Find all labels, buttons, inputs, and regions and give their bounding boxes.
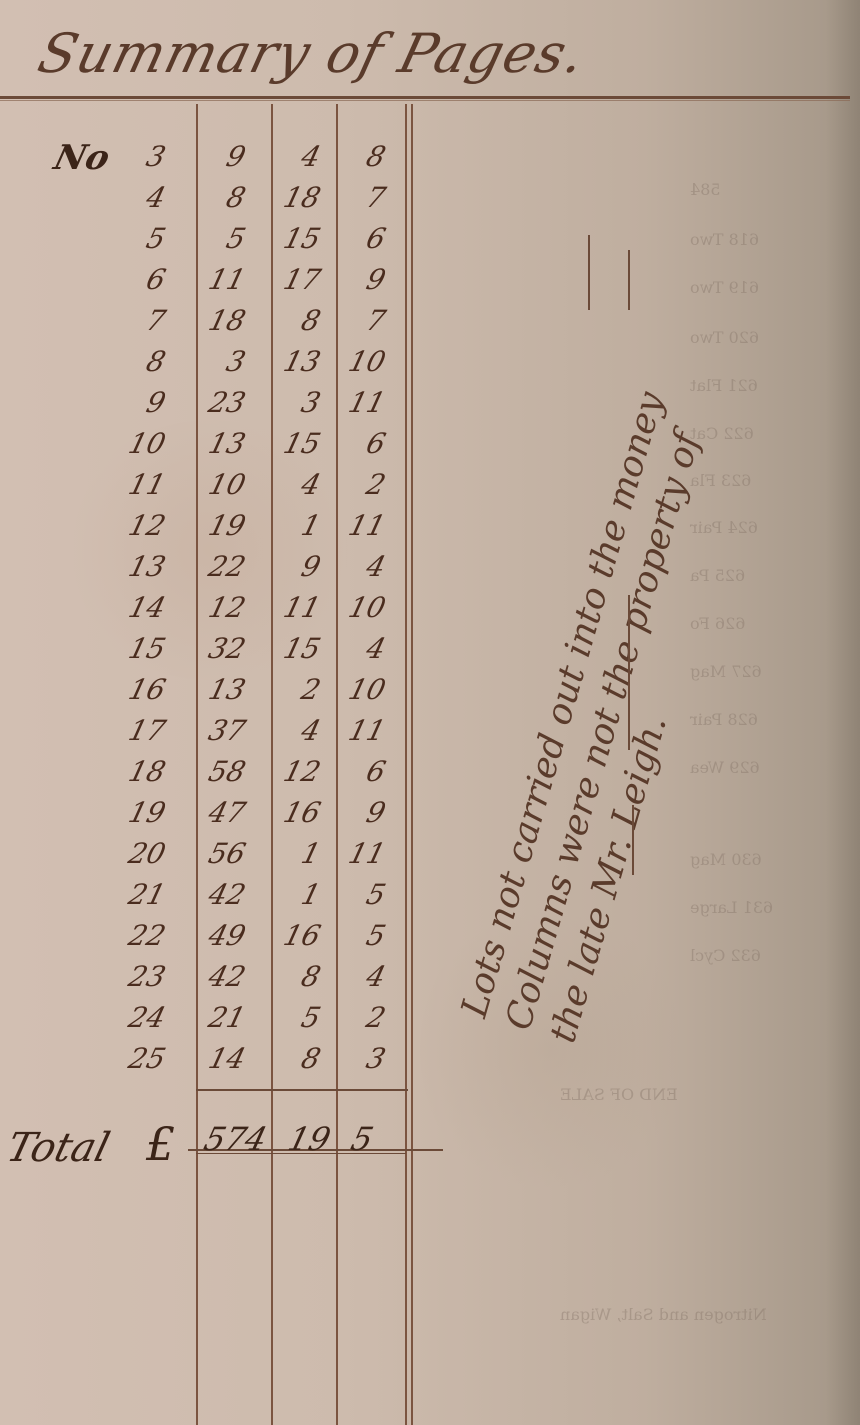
table-row: 1737411 [0,714,430,752]
page-number-cell: 7 [101,304,169,337]
pounds-cell: 11 [181,263,249,296]
table-row: 1219111 [0,509,430,547]
pounds-cell: 12 [181,591,249,624]
pounds-cell: 23 [181,386,249,419]
shillings-cell: 1 [256,878,324,911]
pounds-cell: 32 [181,632,249,665]
pounds-cell: 56 [181,837,249,870]
shillings-cell: 2 [256,673,324,706]
shillings-cell: 15 [256,222,324,255]
shillings-cell: 8 [256,960,324,993]
shillings-cell: 15 [256,632,324,665]
pounds-cell: 49 [181,919,249,952]
page-number-cell: 5 [101,222,169,255]
table-row: 1013156 [0,427,430,465]
total-label: Total [2,1125,114,1171]
bleed-through-line: 631 Large [690,898,773,917]
pounds-cell: 5 [181,222,249,255]
table-row: 1613210 [0,673,430,711]
pence-cell: 6 [321,755,389,788]
page-number-cell: 13 [101,550,169,583]
title-underline-secondary [0,100,850,101]
pound-sign: £ [146,1117,175,1171]
title-underline [0,96,850,99]
page-number-cell: 8 [101,345,169,378]
shillings-cell: 8 [256,1042,324,1075]
total-pounds: 574 [200,1120,271,1158]
page-number-cell: 20 [101,837,169,870]
pounds-cell: 3 [181,345,249,378]
pence-cell: 4 [321,632,389,665]
bleed-through-line: 624 Pair [690,518,758,537]
page-number-cell: 14 [101,591,169,624]
page-number-cell: 12 [101,509,169,542]
pounds-cell: 22 [181,550,249,583]
pence-cell: 9 [321,796,389,829]
bleed-through-line: 584 [690,180,721,199]
table-row: 234284 [0,960,430,998]
shillings-cell: 16 [256,796,324,829]
shillings-cell: 3 [256,386,324,419]
bleed-through-line: 630 Mag [690,850,762,869]
pounds-cell: 42 [181,878,249,911]
pence-cell: 5 [321,878,389,911]
page-number-cell: 17 [101,714,169,747]
pounds-cell: 19 [181,509,249,542]
pounds-cell: 47 [181,796,249,829]
pence-cell: 6 [321,427,389,460]
table-row: 71887 [0,304,430,342]
pounds-cell: 10 [181,468,249,501]
page-number-cell: 11 [101,468,169,501]
pen-stroke [628,250,630,310]
pence-cell: 4 [321,550,389,583]
page-number-cell: 6 [101,263,169,296]
shillings-cell: 13 [256,345,324,378]
page-number-cell: 15 [101,632,169,665]
table-row: 2056111 [0,837,430,875]
pence-cell: 7 [321,304,389,337]
bleed-through-line: Nitrogen and Salt, Wigan [560,1305,767,1324]
shillings-cell: 17 [256,263,324,296]
bleed-through-line: END OF SALE [560,1085,678,1104]
bleed-through-line: 628 Pair [690,710,758,729]
table-row: 923311 [0,386,430,424]
pen-stroke [632,805,634,875]
pounds-cell: 13 [181,673,249,706]
table-row: 48187 [0,181,430,219]
table-row: 3948 [0,140,430,178]
table-row: 242152 [0,1001,430,1039]
bleed-through-line: 622 Cat [690,424,754,443]
pence-cell: 2 [321,468,389,501]
pence-cell: 11 [321,714,389,747]
shillings-cell: 1 [256,837,324,870]
page-number-cell: 19 [101,796,169,829]
bleed-through-line: 623 Fla [690,471,751,490]
pence-cell: 7 [321,181,389,214]
table-row: 14121110 [0,591,430,629]
pen-stroke [588,235,590,310]
page-number-cell: 22 [101,919,169,952]
pence-cell: 3 [321,1042,389,1075]
table-row: 111042 [0,468,430,506]
shillings-cell: 4 [256,140,324,173]
pounds-cell: 37 [181,714,249,747]
pounds-cell: 21 [181,1001,249,1034]
table-row: 1532154 [0,632,430,670]
ledger-page: Summary of Pages. No 3948481875515661117… [0,0,860,1425]
bleed-through-line: 632 Cycl [690,946,761,965]
page-number-cell: 21 [101,878,169,911]
shillings-cell: 1 [256,509,324,542]
pence-cell: 4 [321,960,389,993]
page-number-cell: 3 [101,140,169,173]
pence-cell: 10 [321,591,389,624]
pounds-cell: 14 [181,1042,249,1075]
pence-cell: 8 [321,140,389,173]
shillings-cell: 4 [256,714,324,747]
bleed-through-line: 621 Flat [690,376,758,395]
shillings-cell: 16 [256,919,324,952]
pounds-cell: 18 [181,304,249,337]
table-row: 831310 [0,345,430,383]
total-top-rule [196,1089,408,1091]
bleed-through-line: 619 Two [690,278,759,297]
table-row: 214215 [0,878,430,916]
pounds-cell: 8 [181,181,249,214]
pounds-cell: 13 [181,427,249,460]
page-number-cell: 10 [101,427,169,460]
shillings-cell: 5 [256,1001,324,1034]
shillings-cell: 4 [256,468,324,501]
pence-cell: 11 [321,837,389,870]
pence-cell: 2 [321,1001,389,1034]
pounds-cell: 9 [181,140,249,173]
shillings-cell: 18 [256,181,324,214]
table-row: 251483 [0,1042,430,1080]
shillings-cell: 11 [256,591,324,624]
table-row: 611179 [0,263,430,301]
pounds-cell: 58 [181,755,249,788]
bleed-through-line: 627 Mag [690,662,762,681]
shillings-cell: 9 [256,550,324,583]
page-number-cell: 4 [101,181,169,214]
page-title: Summary of Pages. [32,22,592,85]
table-row: 2249165 [0,919,430,957]
pence-cell: 6 [321,222,389,255]
bleed-through-line: 629 Wea [690,758,760,777]
page-number-cell: 23 [101,960,169,993]
table-row: 55156 [0,222,430,260]
table-row: 132294 [0,550,430,588]
bleed-through-line: 620 Two [690,328,759,347]
pen-stroke [628,595,630,750]
pence-cell: 9 [321,263,389,296]
page-number-cell: 25 [101,1042,169,1075]
bleed-through-line: 626 Fo [690,614,745,633]
page-number-cell: 9 [101,386,169,419]
shillings-cell: 8 [256,304,324,337]
pence-cell: 10 [321,673,389,706]
pence-cell: 5 [321,919,389,952]
page-number-cell: 24 [101,1001,169,1034]
page-number-cell: 16 [101,673,169,706]
table-row: 1947169 [0,796,430,834]
pence-cell: 11 [321,386,389,419]
pounds-cell: 42 [181,960,249,993]
shillings-cell: 15 [256,427,324,460]
shillings-cell: 12 [256,755,324,788]
page-number-cell: 18 [101,755,169,788]
bleed-through-line: 618 Two [690,230,759,249]
table-row: 1858126 [0,755,430,793]
pence-cell: 11 [321,509,389,542]
pence-cell: 10 [321,345,389,378]
bleed-through-line: 625 Pa [690,566,745,585]
